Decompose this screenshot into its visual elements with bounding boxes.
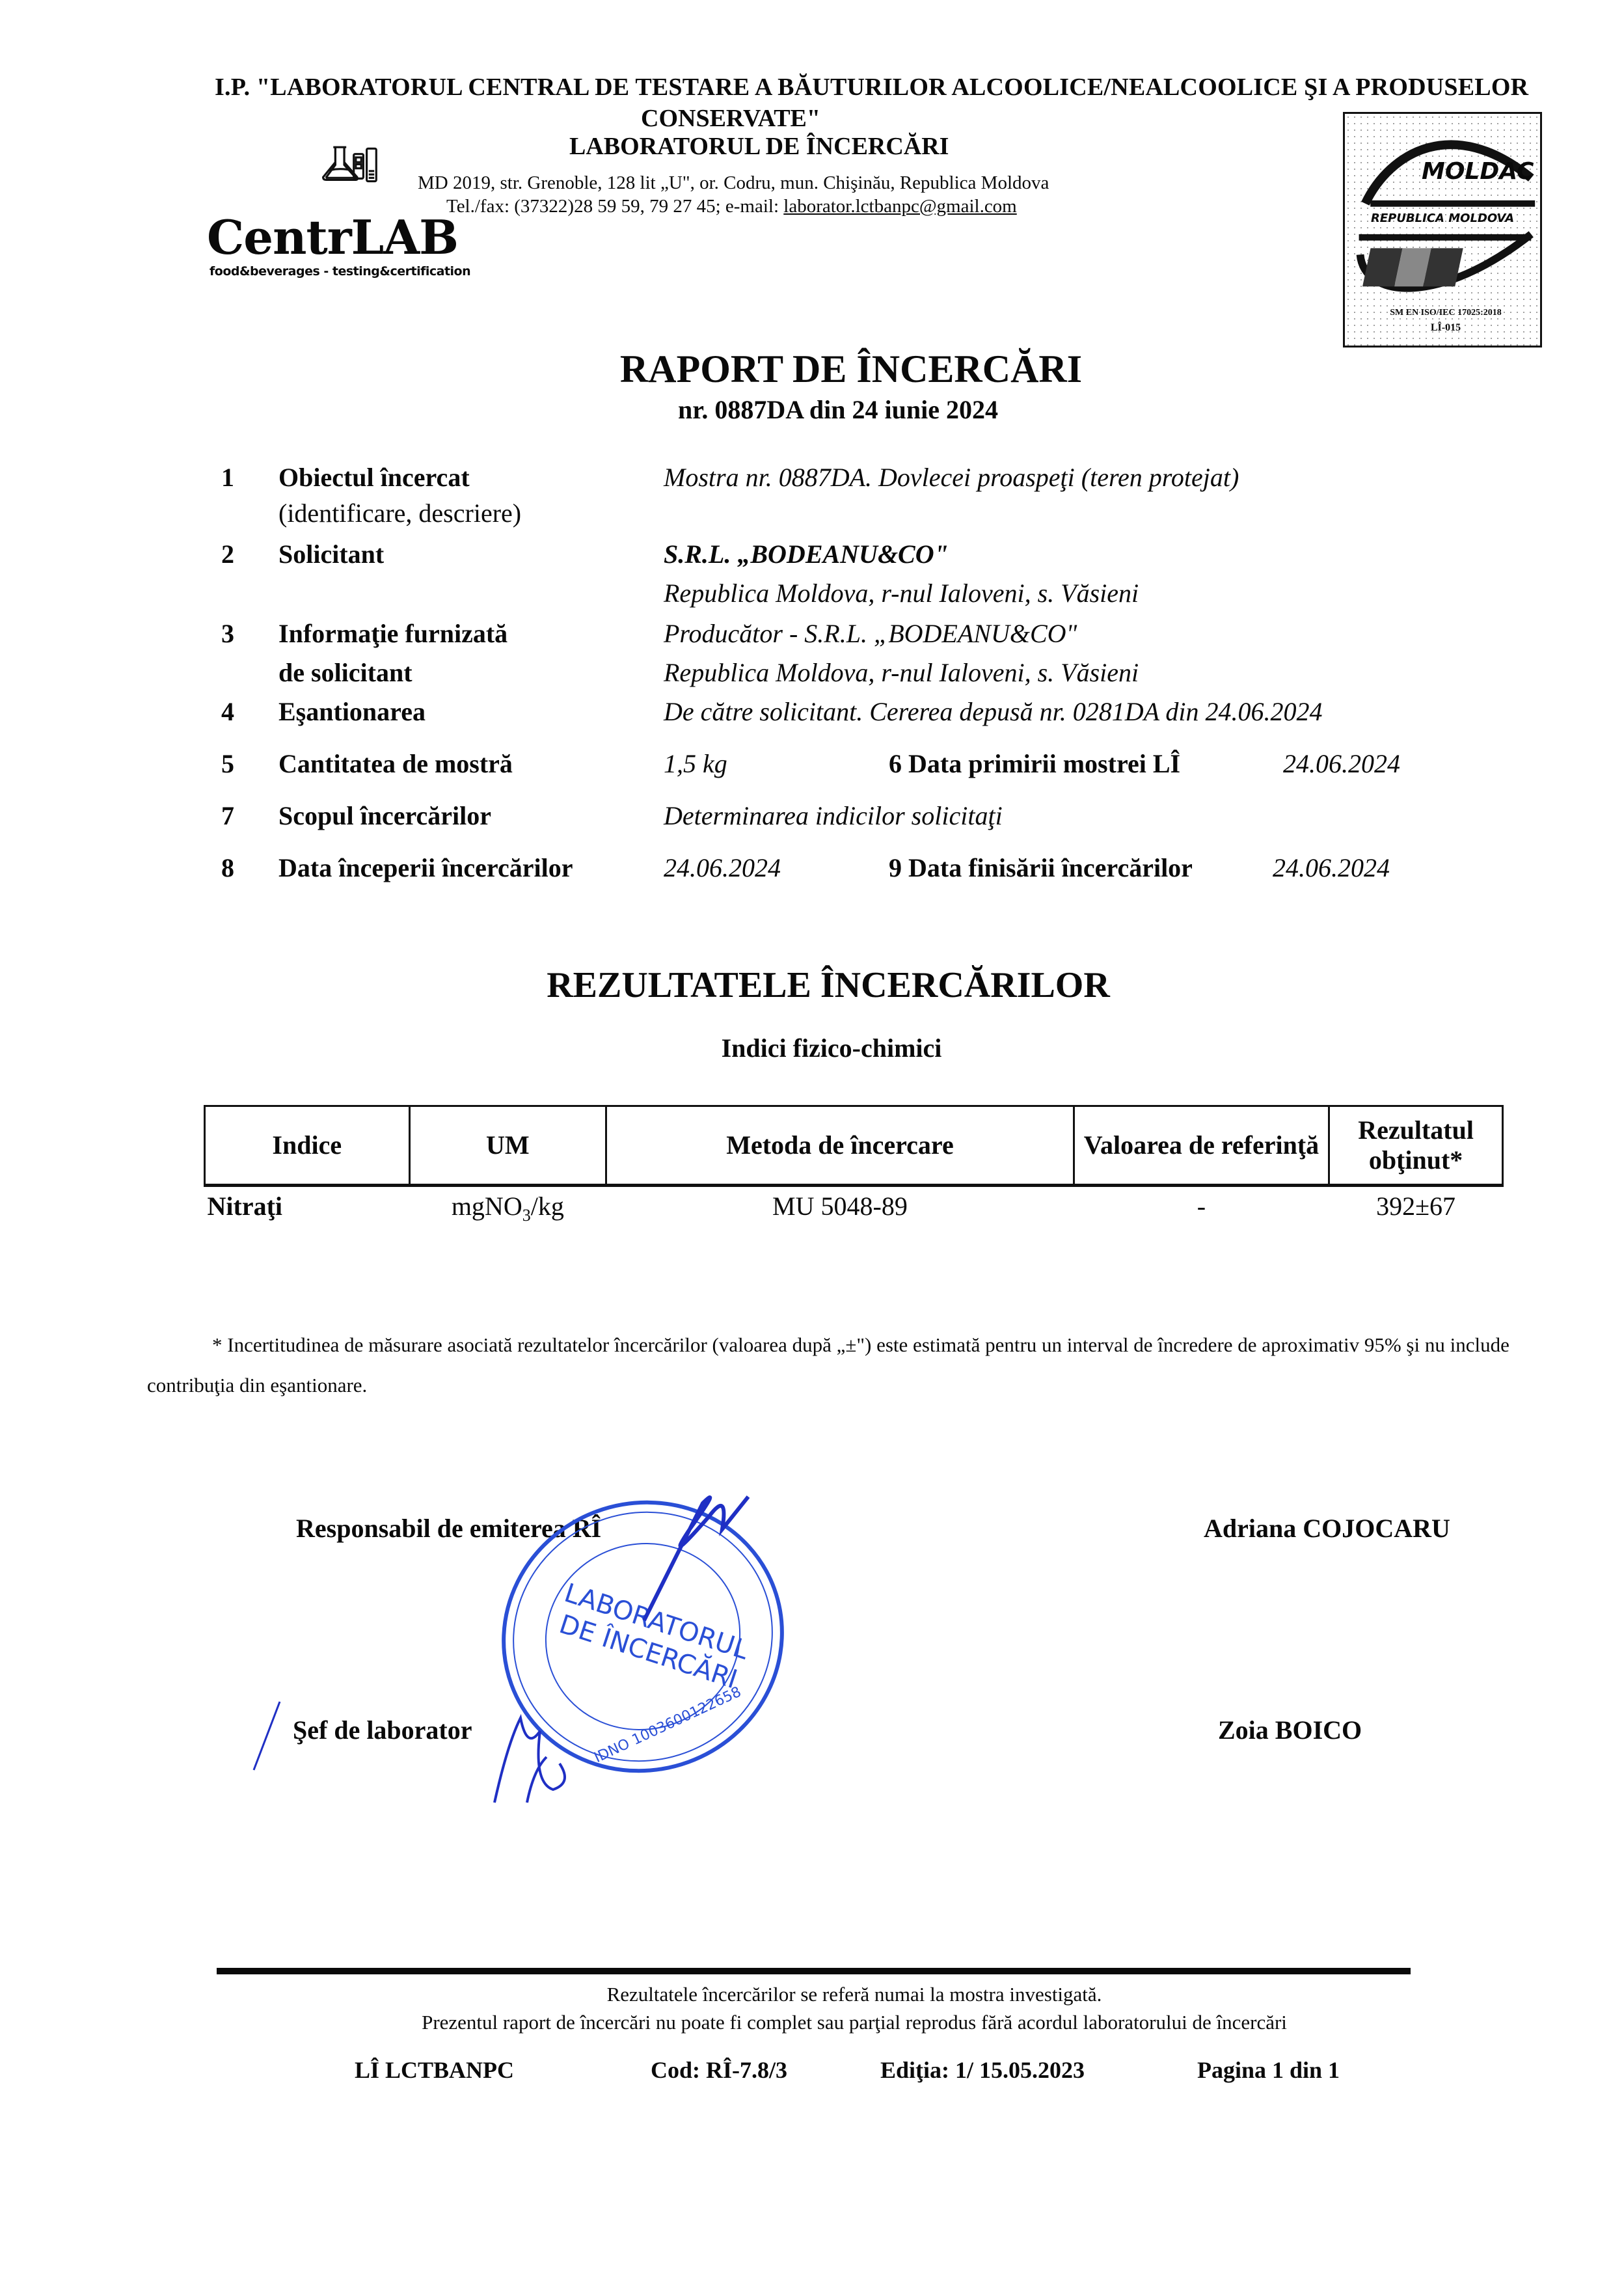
logo-brand: CentrLAB bbox=[207, 210, 458, 265]
info-label-receipt-date: 6 Data primirii mostrei LÎ bbox=[889, 748, 1180, 779]
signature-head-icon bbox=[481, 1692, 586, 1809]
info-value-end-date: 24.06.2024 bbox=[1273, 852, 1390, 883]
info-label-object: Obiectul încercat bbox=[278, 462, 470, 493]
column-header-um: UM bbox=[409, 1106, 606, 1186]
column-header-result: Rezultatul obţinut* bbox=[1329, 1106, 1503, 1186]
info-value-producer: Producător - S.R.L. „BODEANU&CO" bbox=[664, 618, 1077, 649]
report-title: RAPORT DE ÎNCERCĂRI bbox=[0, 347, 1624, 392]
info-label-applicant: Solicitant bbox=[278, 539, 384, 569]
info-value-producer-address: Republica Moldova, r-nul Ialoveni, s. Vă… bbox=[664, 657, 1139, 688]
logo-tagline: food&beverages - testing&certification bbox=[210, 264, 470, 279]
info-label-sampling: Eşantionarea bbox=[278, 696, 426, 727]
results-title: REZULTATELE ÎNCERCĂRILOR bbox=[0, 964, 1624, 1006]
stamp-idno: IDNO 1003600122658 bbox=[591, 1684, 744, 1767]
contact-line: Tel./fax: (37322)28 59 59, 79 27 45; e-m… bbox=[446, 196, 1017, 217]
issuer-name: Adriana COJOCARU bbox=[1204, 1513, 1450, 1544]
head-name: Zoia BOICO bbox=[1218, 1715, 1362, 1745]
results-subtitle: Indici fizico-chimici bbox=[0, 1033, 1624, 1063]
um-tail: /kg bbox=[531, 1192, 564, 1221]
footer-doc-code: Cod: RÎ-7.8/3 bbox=[651, 2056, 787, 2084]
flask-lab-icon bbox=[207, 144, 480, 216]
um-base: mgNO bbox=[452, 1192, 522, 1221]
info-num: 5 bbox=[221, 748, 234, 779]
info-value-object: Mostra nr. 0887DA. Dovlecei proaspeţi (t… bbox=[664, 462, 1239, 493]
info-label-provided-info-sub: de solicitant bbox=[278, 657, 413, 688]
column-header-reference: Valoarea de referinţă bbox=[1074, 1106, 1329, 1186]
info-value-sampling: De către solicitant. Cererea depusă nr. … bbox=[664, 696, 1323, 727]
info-value-receipt-date: 24.06.2024 bbox=[1283, 748, 1400, 779]
accreditation-mark: MOLDAC REPUBLICA MOLDOVA SM EN ISO/IEC 1… bbox=[1343, 112, 1542, 347]
info-label-object-sub: (identificare, descriere) bbox=[278, 498, 521, 528]
footer-divider bbox=[217, 1968, 1411, 1974]
cell-method: MU 5048-89 bbox=[606, 1186, 1074, 1238]
footer-disclaimer-1: Rezultatele încercărilor se referă numai… bbox=[0, 1983, 1624, 2006]
info-value-quantity: 1,5 kg bbox=[664, 748, 727, 779]
address: MD 2019, str. Grenoble, 128 lit „U", or.… bbox=[418, 172, 1049, 194]
info-label-quantity: Cantitatea de mostră bbox=[278, 748, 513, 779]
info-label-start-date: Data începerii încercărilor bbox=[278, 852, 573, 883]
organization-name-line2: CONSERVATE" bbox=[641, 104, 820, 133]
info-value-applicant-address: Republica Moldova, r-nul Ialoveni, s. Vă… bbox=[664, 578, 1139, 608]
um-subscript: 3 bbox=[522, 1206, 531, 1225]
table-row: Nitraţi mgNO3/kg MU 5048-89 - 392±67 bbox=[205, 1186, 1503, 1238]
info-num: 3 bbox=[221, 618, 234, 649]
cell-result: 392±67 bbox=[1329, 1186, 1503, 1238]
head-label: Şef de laborator bbox=[293, 1715, 472, 1745]
email-link[interactable]: laborator.lctbanpc@gmail.com bbox=[783, 196, 1016, 217]
info-num: 4 bbox=[221, 696, 234, 727]
organization-name-line1: I.P. "LABORATORUL CENTRAL DE TESTARE A B… bbox=[215, 73, 1536, 102]
cell-reference: - bbox=[1074, 1186, 1329, 1238]
signature-mark-icon bbox=[247, 1698, 286, 1777]
info-value-start-date: 24.06.2024 bbox=[664, 852, 781, 883]
moldac-country: REPUBLICA MOLDOVA bbox=[1371, 211, 1514, 225]
info-label-provided-info: Informaţie furnizată bbox=[278, 618, 507, 649]
column-header-method: Metoda de încercare bbox=[606, 1106, 1074, 1186]
moldac-brand: MOLDAC bbox=[1422, 158, 1534, 185]
info-label-end-date: 9 Data finisării încercărilor bbox=[889, 852, 1193, 883]
info-num: 7 bbox=[221, 800, 234, 831]
cell-um: mgNO3/kg bbox=[409, 1186, 606, 1238]
uncertainty-note: * Incertitudinea de măsurare asociată re… bbox=[147, 1325, 1513, 1406]
table-header-row: Indice UM Metoda de încercare Valoarea d… bbox=[205, 1106, 1503, 1186]
moldac-standard: SM EN ISO/IEC 17025:2018 bbox=[1358, 308, 1534, 318]
footer-disclaimer-2: Prezentul raport de încercări nu poate f… bbox=[0, 2011, 1624, 2034]
contact-phone: Tel./fax: (37322)28 59 59, 79 27 45; e-m… bbox=[446, 196, 783, 217]
info-value-purpose: Determinarea indicilor solicitaţi bbox=[664, 800, 1003, 831]
results-table: Indice UM Metoda de încercare Valoarea d… bbox=[204, 1105, 1504, 1237]
info-num: 1 bbox=[221, 462, 234, 493]
footer-lab-code: LÎ LCTBANPC bbox=[355, 2056, 514, 2084]
footer-edition: Ediţia: 1/ 15.05.2023 bbox=[880, 2056, 1085, 2084]
laboratory-name: LABORATORUL DE ÎNCERCĂRI bbox=[569, 132, 949, 161]
cell-indice: Nitraţi bbox=[205, 1186, 410, 1238]
footer-page: Pagina 1 din 1 bbox=[1197, 2056, 1340, 2084]
column-header-indice: Indice bbox=[205, 1106, 410, 1186]
info-num: 2 bbox=[221, 539, 234, 569]
moldac-code: LÎ-015 bbox=[1358, 322, 1534, 334]
info-value-applicant: S.R.L. „BODEANU&CO" bbox=[664, 539, 949, 569]
report-number: nr. 0887DA din 24 iunie 2024 bbox=[0, 394, 1624, 425]
info-num: 8 bbox=[221, 852, 234, 883]
info-label-purpose: Scopul încercărilor bbox=[278, 800, 491, 831]
